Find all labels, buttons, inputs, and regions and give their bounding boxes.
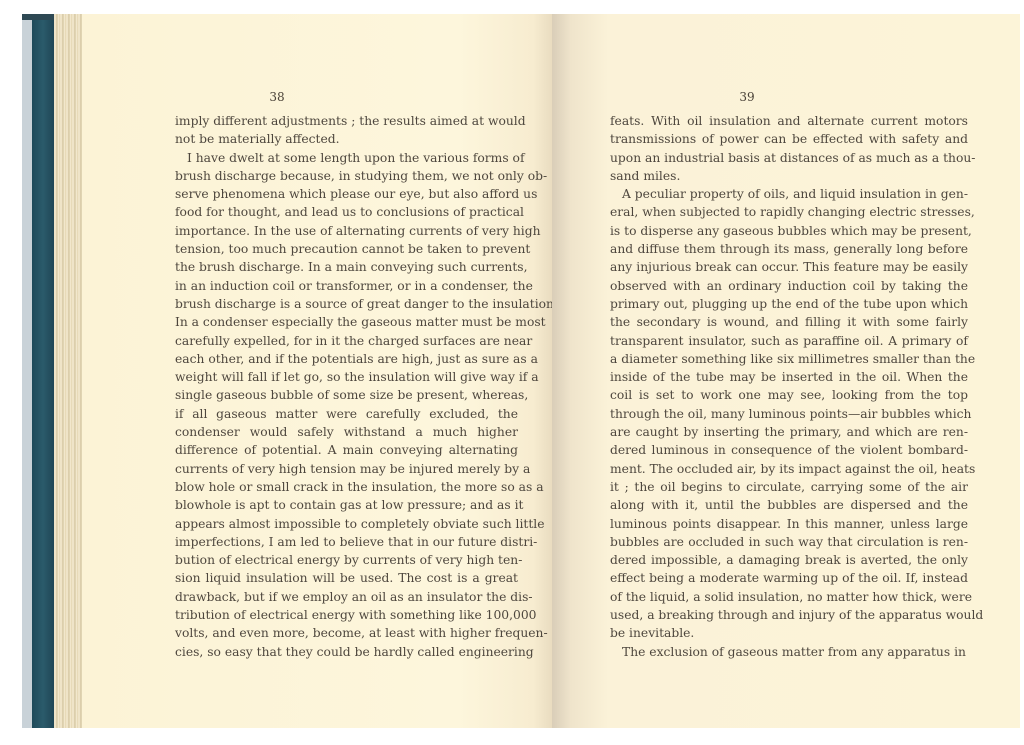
text-line: used, a breaking through and injury of t…: [610, 606, 968, 624]
text-line: transparent insulator, such as paraffine…: [610, 332, 968, 350]
text-line: the brush discharge. In a main conveying…: [175, 258, 518, 276]
text-line: condenser would safely withstand a much …: [175, 423, 518, 441]
text-line: and diffuse them through its mass, gener…: [610, 240, 968, 258]
text-line: imperfections, I am led to believe that …: [175, 533, 518, 551]
text-line: not be materially affected.: [175, 130, 518, 148]
text-line: coil is set to work one may see, looking…: [610, 386, 968, 404]
text-line: bubbles are occluded in such way that ci…: [610, 533, 968, 551]
text-line: tension, too much precaution cannot be t…: [175, 240, 518, 258]
text-line: sand miles.: [610, 167, 968, 185]
text-line: single gaseous bubble of some size be pr…: [175, 386, 518, 404]
text-line: are caught by inserting the primary, and…: [610, 423, 968, 441]
text-line: primary out, plugging up the end of the …: [610, 295, 968, 313]
text-line: I have dwelt at some length upon the var…: [175, 149, 518, 167]
text-line: cies, so easy that they could be hardly …: [175, 643, 518, 661]
text-line: any injurious break can occur. This feat…: [610, 258, 968, 276]
text-line: a diameter something like six millimetre…: [610, 350, 968, 368]
book-cover: [32, 14, 54, 728]
text-line: effect being a moderate warming up of th…: [610, 569, 968, 587]
text-line: drawback, but if we employ an oil as an …: [175, 588, 518, 606]
text-line: dered impossible, a damaging break is av…: [610, 551, 968, 569]
text-line: blowhole is apt to contain gas at low pr…: [175, 496, 518, 514]
text-line: it ; the oil begins to circulate, carryi…: [610, 478, 968, 496]
text-line: be inevitable.: [610, 624, 968, 642]
page-number: 38: [127, 90, 427, 104]
text-line: currents of very high tension may be inj…: [175, 460, 518, 478]
text-line: eral, when subjected to rapidly changing…: [610, 203, 968, 221]
text-line: tribution of electrical energy with some…: [175, 606, 518, 624]
book-cover-top: [22, 14, 54, 20]
text-line: imply different adjustments ; the result…: [175, 112, 518, 130]
text-line: difference of potential. A main conveyin…: [175, 441, 518, 459]
text-line: observed with an ordinary induction coil…: [610, 277, 968, 295]
text-line: if all gaseous matter were carefully exc…: [175, 405, 518, 423]
text-line: feats. With oil insulation and alternate…: [610, 112, 968, 130]
text-line: brush discharge because, in studying the…: [175, 167, 518, 185]
left-page: 38 imply different adjustments ; the res…: [82, 14, 552, 728]
text-line: dered luminous in consequence of the vio…: [610, 441, 968, 459]
right-page: 39 feats. With oil insulation and altern…: [552, 14, 1020, 728]
text-line: sion liquid insulation will be used. The…: [175, 569, 518, 587]
text-line: The exclusion of gaseous matter from any…: [610, 643, 968, 661]
text-line: weight will fall if let go, so the insul…: [175, 368, 518, 386]
text-line: along with it, until the bubbles are dis…: [610, 496, 968, 514]
page-body-text: imply different adjustments ; the result…: [175, 112, 518, 661]
text-line: serve phenomena which please our eye, bu…: [175, 185, 518, 203]
text-line: In a condenser especially the gaseous ma…: [175, 313, 518, 331]
text-line: appears almost impossible to completely …: [175, 515, 518, 533]
text-line: is to disperse any gaseous bubbles which…: [610, 222, 968, 240]
text-line: the secondary is wound, and filling it w…: [610, 313, 968, 331]
text-line: bution of electrical energy by currents …: [175, 551, 518, 569]
page-body-text: feats. With oil insulation and alternate…: [610, 112, 968, 661]
text-line: through the oil, many luminous points—ai…: [610, 405, 968, 423]
text-line: volts, and even more, become, at least w…: [175, 624, 518, 642]
text-line: A peculiar property of oils, and liquid …: [610, 185, 968, 203]
text-line: each other, and if the potentials are hi…: [175, 350, 518, 368]
text-line: upon an industrial basis at distances of…: [610, 149, 968, 167]
text-line: blow hole or small crack in the insulati…: [175, 478, 518, 496]
text-line: of the liquid, a solid insulation, no ma…: [610, 588, 968, 606]
text-line: luminous points disappear. In this manne…: [610, 515, 968, 533]
text-line: transmissions of power can be effected w…: [610, 130, 968, 148]
text-line: carefully expelled, for in it the charge…: [175, 332, 518, 350]
page-edges: [54, 14, 82, 728]
text-line: brush discharge is a source of great dan…: [175, 295, 518, 313]
text-line: inside of the tube may be inserted in th…: [610, 368, 968, 386]
page-number: 39: [597, 90, 897, 104]
text-line: ment. The occluded air, by its impact ag…: [610, 460, 968, 478]
text-line: in an induction coil or transformer, or …: [175, 277, 518, 295]
text-line: importance. In the use of alternating cu…: [175, 222, 518, 240]
text-line: food for thought, and lead us to conclus…: [175, 203, 518, 221]
book-spread: 38 imply different adjustments ; the res…: [22, 14, 1024, 728]
